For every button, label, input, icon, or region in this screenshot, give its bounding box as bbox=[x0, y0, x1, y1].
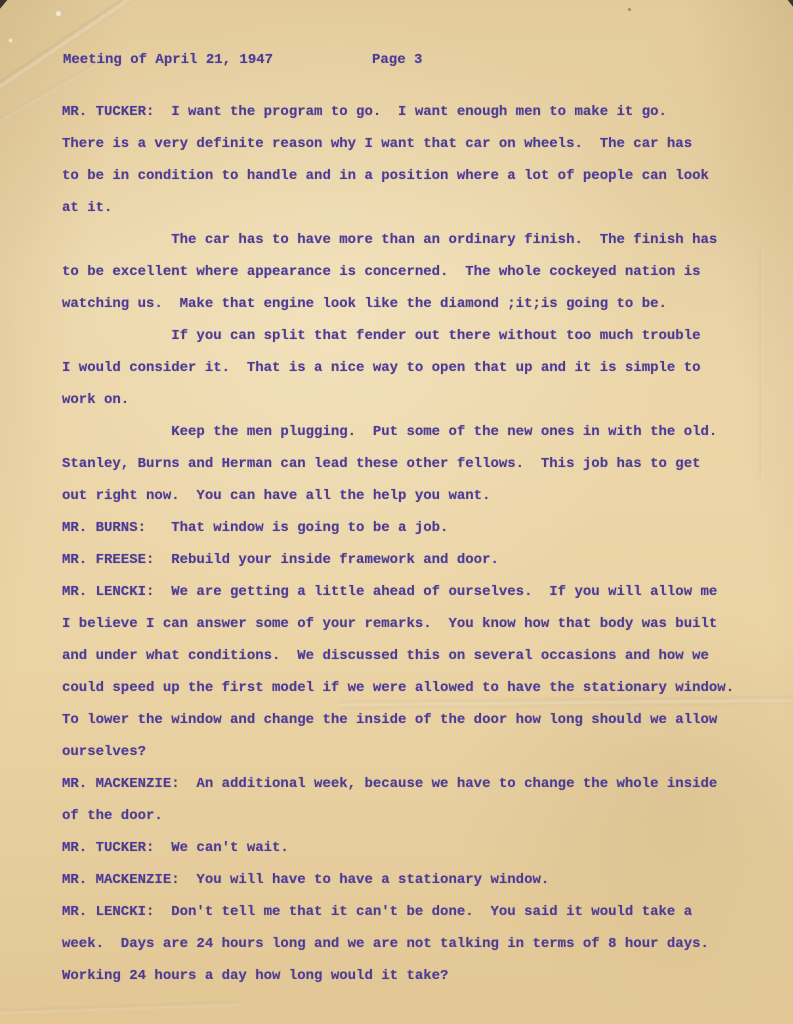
transcript-line: I would consider it. That is a nice way … bbox=[62, 356, 762, 388]
transcript-line: MR. BURNS: That window is going to be a … bbox=[62, 516, 762, 548]
transcript-line: MR. MACKENZIE: An additional week, becau… bbox=[62, 772, 762, 804]
scan-corner-mark bbox=[785, 0, 793, 8]
transcript-line: MR. FREESE: Rebuild your inside framewor… bbox=[62, 548, 762, 580]
scan-corner-mark bbox=[0, 0, 9, 9]
page-number: Page 3 bbox=[372, 52, 422, 68]
transcript-line: There is a very definite reason why I wa… bbox=[62, 132, 762, 164]
meeting-title: Meeting of April 21, 1947 bbox=[63, 52, 273, 68]
transcript-line: could speed up the first model if we wer… bbox=[62, 676, 762, 708]
transcript-line: to be excellent where appearance is conc… bbox=[62, 260, 762, 292]
paper-speck bbox=[55, 10, 62, 17]
transcript-line: MR. TUCKER: I want the program to go. I … bbox=[62, 100, 762, 132]
paper-speck bbox=[628, 8, 631, 11]
transcript-line: I believe I can answer some of your rema… bbox=[62, 612, 762, 644]
transcript-line: at it. bbox=[62, 196, 762, 228]
transcript-line: MR. LENCKI: Don't tell me that it can't … bbox=[62, 900, 762, 932]
transcript-line: If you can split that fender out there w… bbox=[62, 324, 762, 356]
transcript-line: to be in condition to handle and in a po… bbox=[62, 164, 762, 196]
transcript-line: work on. bbox=[62, 388, 762, 420]
transcript-line: and under what conditions. We discussed … bbox=[62, 644, 762, 676]
transcript-line: week. Days are 24 hours long and we are … bbox=[62, 932, 762, 964]
paper-crease bbox=[0, 1001, 240, 1016]
transcript-line: ourselves? bbox=[62, 740, 762, 772]
transcript-line: out right now. You can have all the help… bbox=[62, 484, 762, 516]
transcript-line: Stanley, Burns and Herman can lead these… bbox=[62, 452, 762, 484]
paper-speck bbox=[8, 38, 13, 43]
transcript-line: Keep the men plugging. Put some of the n… bbox=[62, 420, 762, 452]
transcript-line: Working 24 hours a day how long would it… bbox=[62, 964, 762, 996]
transcript-line: MR. LENCKI: We are getting a little ahea… bbox=[62, 580, 762, 612]
transcript-line: The car has to have more than an ordinar… bbox=[62, 228, 762, 260]
transcript-line: MR. MACKENZIE: You will have to have a s… bbox=[62, 868, 762, 900]
transcript-line: MR. TUCKER: We can't wait. bbox=[62, 836, 762, 868]
transcript-line: of the door. bbox=[62, 804, 762, 836]
transcript-line: To lower the window and change the insid… bbox=[62, 708, 762, 740]
transcript-line: watching us. Make that engine look like … bbox=[62, 292, 762, 324]
document-page: Meeting of April 21, 1947 Page 3 MR. TUC… bbox=[0, 0, 793, 1024]
transcript: MR. TUCKER: I want the program to go. I … bbox=[62, 100, 762, 996]
